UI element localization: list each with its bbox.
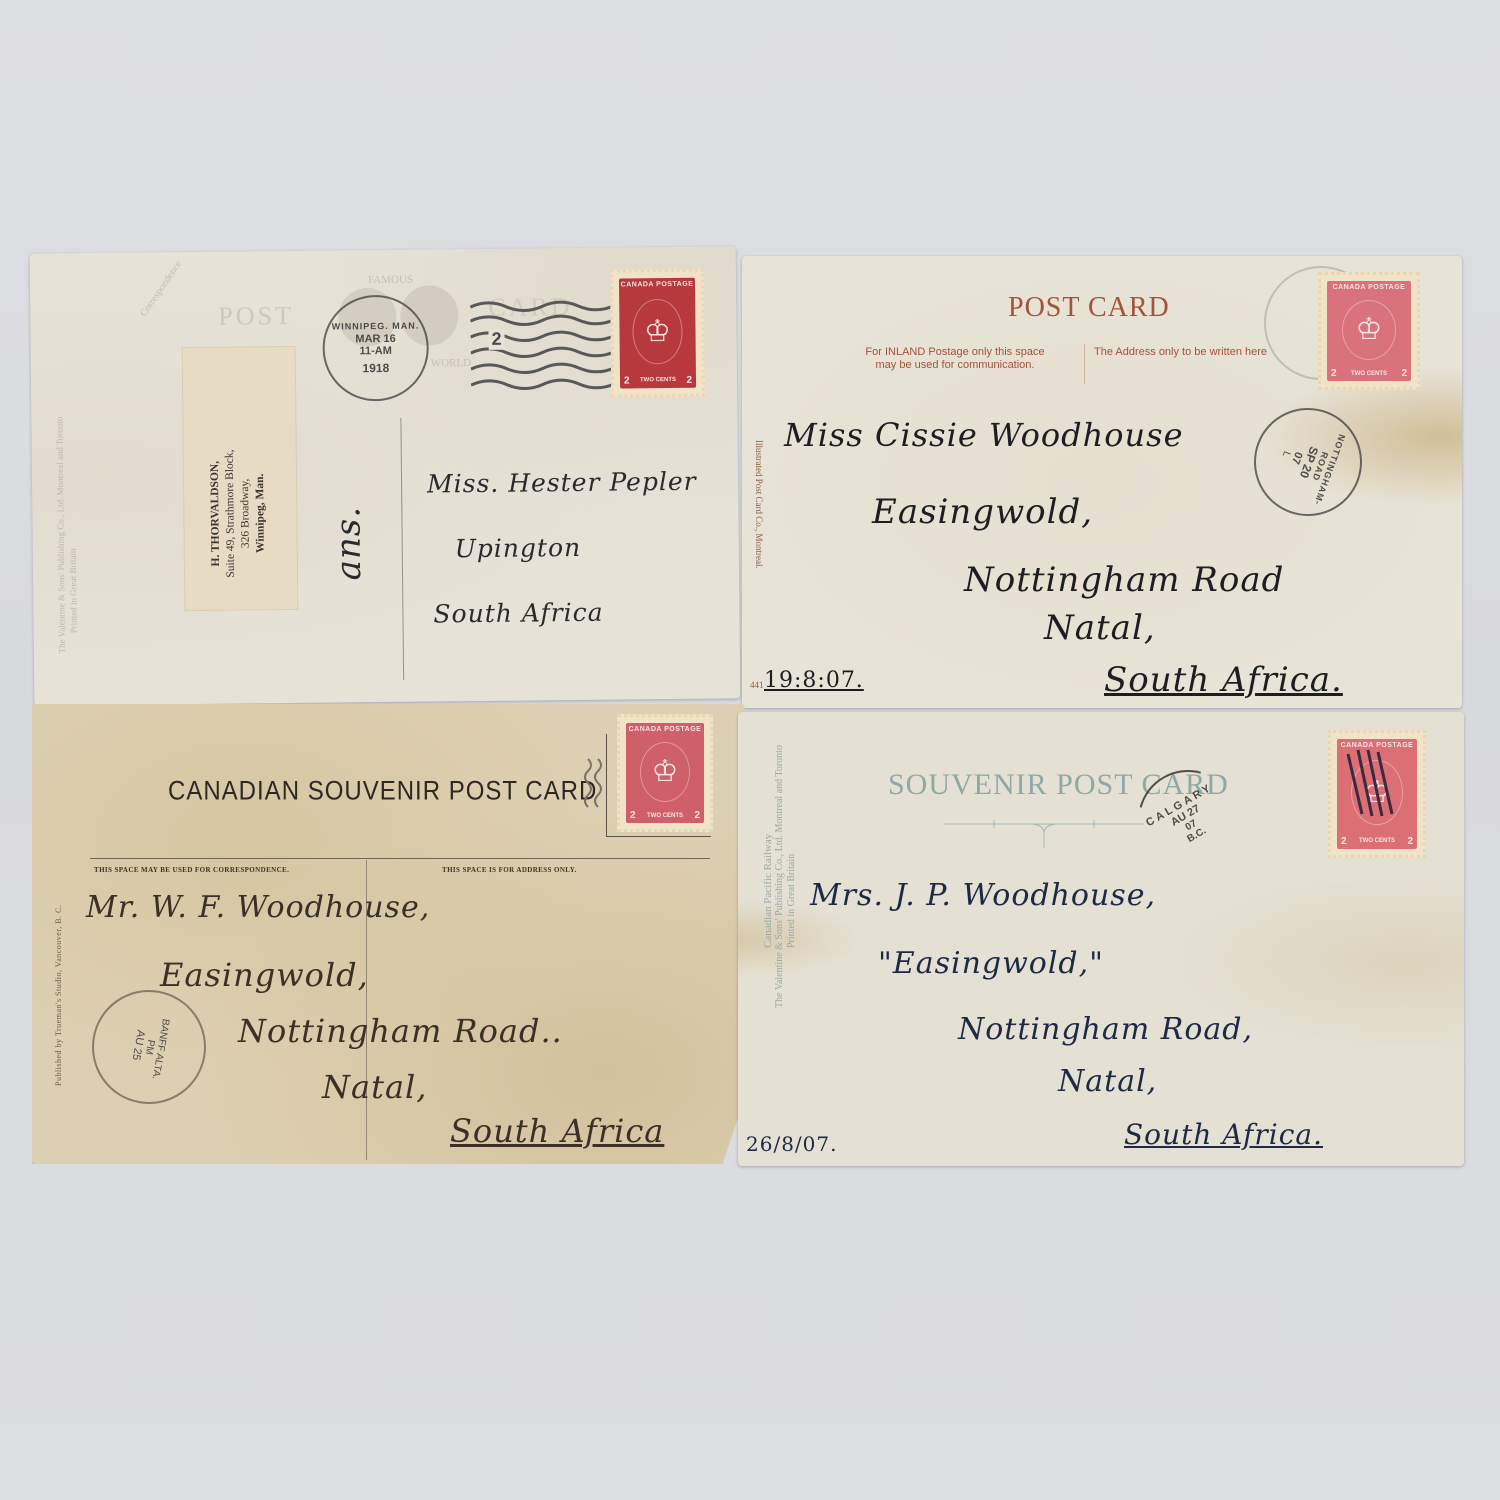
king-portrait-icon: ♔ (1342, 300, 1396, 360)
sender-name: H. THORVALDSON, (208, 450, 224, 578)
address-line-1: Miss. Hester Pepler (427, 467, 697, 499)
left-instruction: For INLAND Postage only this space may b… (830, 346, 1080, 372)
sender-label: H. THORVALDSON, Suite 49, Strathmore Blo… (183, 347, 298, 610)
cancel-number: 2 (488, 329, 504, 350)
address-line-2: Upington (455, 533, 582, 563)
postage-stamp: CANADA POSTAGE ♔ 2TWO CENTS2 (617, 714, 713, 832)
postcard-bottom-left: Published by Trueman's Studio, Vancouver… (32, 704, 744, 1164)
card-rule (90, 858, 710, 859)
printed-world: WORLD (431, 357, 471, 369)
publisher-text: Illustrated Post Card Co., Montreal. (754, 440, 764, 569)
date-note: 19:8:07. (764, 668, 864, 693)
address-line-1: Miss Cissie Woodhouse (784, 416, 1184, 454)
address-line-1: Mrs. J. P. Woodhouse, (810, 878, 1156, 913)
bar-cancel-lines (1342, 744, 1402, 824)
postmark-banff: BANFF ALTA. PM AU 25 (83, 981, 215, 1113)
postcard-top-left: The Valentine & Sons' Publishing Co., Lt… (30, 246, 741, 705)
sender-city: Winnipeg, Man. (253, 449, 269, 577)
printed-header: POST CARD (1008, 292, 1170, 324)
postcard-top-right: Illustrated Post Card Co., Montreal. POS… (742, 256, 1462, 708)
postcard-bottom-right: Canadian Pacific Railway The Valentine &… (738, 712, 1464, 1166)
address-line-5: South Africa. (1124, 1118, 1323, 1151)
date-note: 26/8/07. (746, 1132, 837, 1156)
publisher-text: The Valentine & Sons' Publishing Co., Lt… (53, 417, 79, 654)
publisher-text: Published by Trueman's Studio, Vancouver… (54, 905, 63, 1086)
ornament-divider (944, 812, 1144, 852)
publisher-text: Canadian Pacific Railway The Valentine &… (762, 745, 798, 1008)
postmark-nottingham-road: NOTTINGHAM-ROAD SP 20 07 L (1239, 393, 1377, 531)
left-instruction: THIS SPACE MAY BE USED FOR CORRESPONDENC… (94, 866, 289, 874)
handwritten-note: ans. (328, 506, 369, 581)
card-divider (400, 418, 404, 680)
address-line-4: Natal, (1058, 1064, 1157, 1099)
king-portrait-icon: ♔ (633, 298, 683, 364)
right-instruction: THIS SPACE IS FOR ADDRESS ONLY. (442, 866, 577, 874)
card-number: 441 (750, 680, 764, 690)
correspondence-label: Correspondence (138, 259, 184, 319)
address-line-5: South Africa. (1104, 660, 1343, 700)
postage-stamp: CANADA POSTAGE ♔ 2TWO CENTS2 (1318, 272, 1420, 390)
address-line-3: South Africa (433, 598, 603, 629)
address-line-2: Easingwold, (160, 956, 369, 994)
sender-street: 326 Broadway, (238, 449, 254, 577)
card-divider (1084, 344, 1085, 384)
printed-header-post: POST (218, 301, 294, 332)
king-portrait-icon: ♔ (640, 742, 690, 802)
address-line-3: Nottingham Road (964, 560, 1284, 600)
right-instruction: The Address only to be written here (1094, 346, 1267, 358)
address-line-4: Natal, (1044, 608, 1156, 648)
printed-header-famous: FAMOUS (368, 274, 413, 286)
address-line-3: Nottingham Road.. (238, 1012, 563, 1050)
address-line-3: Nottingham Road, (958, 1012, 1253, 1047)
address-line-5: South Africa (450, 1112, 664, 1150)
address-line-2: "Easingwold," (878, 946, 1104, 981)
printed-header: CANADIAN SOUVENIR POST CARD (168, 777, 597, 808)
sender-suite: Suite 49, Strathmore Block, (223, 449, 239, 577)
address-line-4: Natal, (322, 1068, 427, 1106)
address-line-2: Easingwold, (872, 492, 1093, 532)
postage-stamp: CANADA POSTAGE ♔ 2TWO CENTS2 (610, 269, 705, 398)
address-line-1: Mr. W. F. Woodhouse, (86, 890, 430, 925)
postmark-winnipeg: WINNIPEG. MAN. MAR 16 11-AM 1918 (322, 295, 429, 402)
